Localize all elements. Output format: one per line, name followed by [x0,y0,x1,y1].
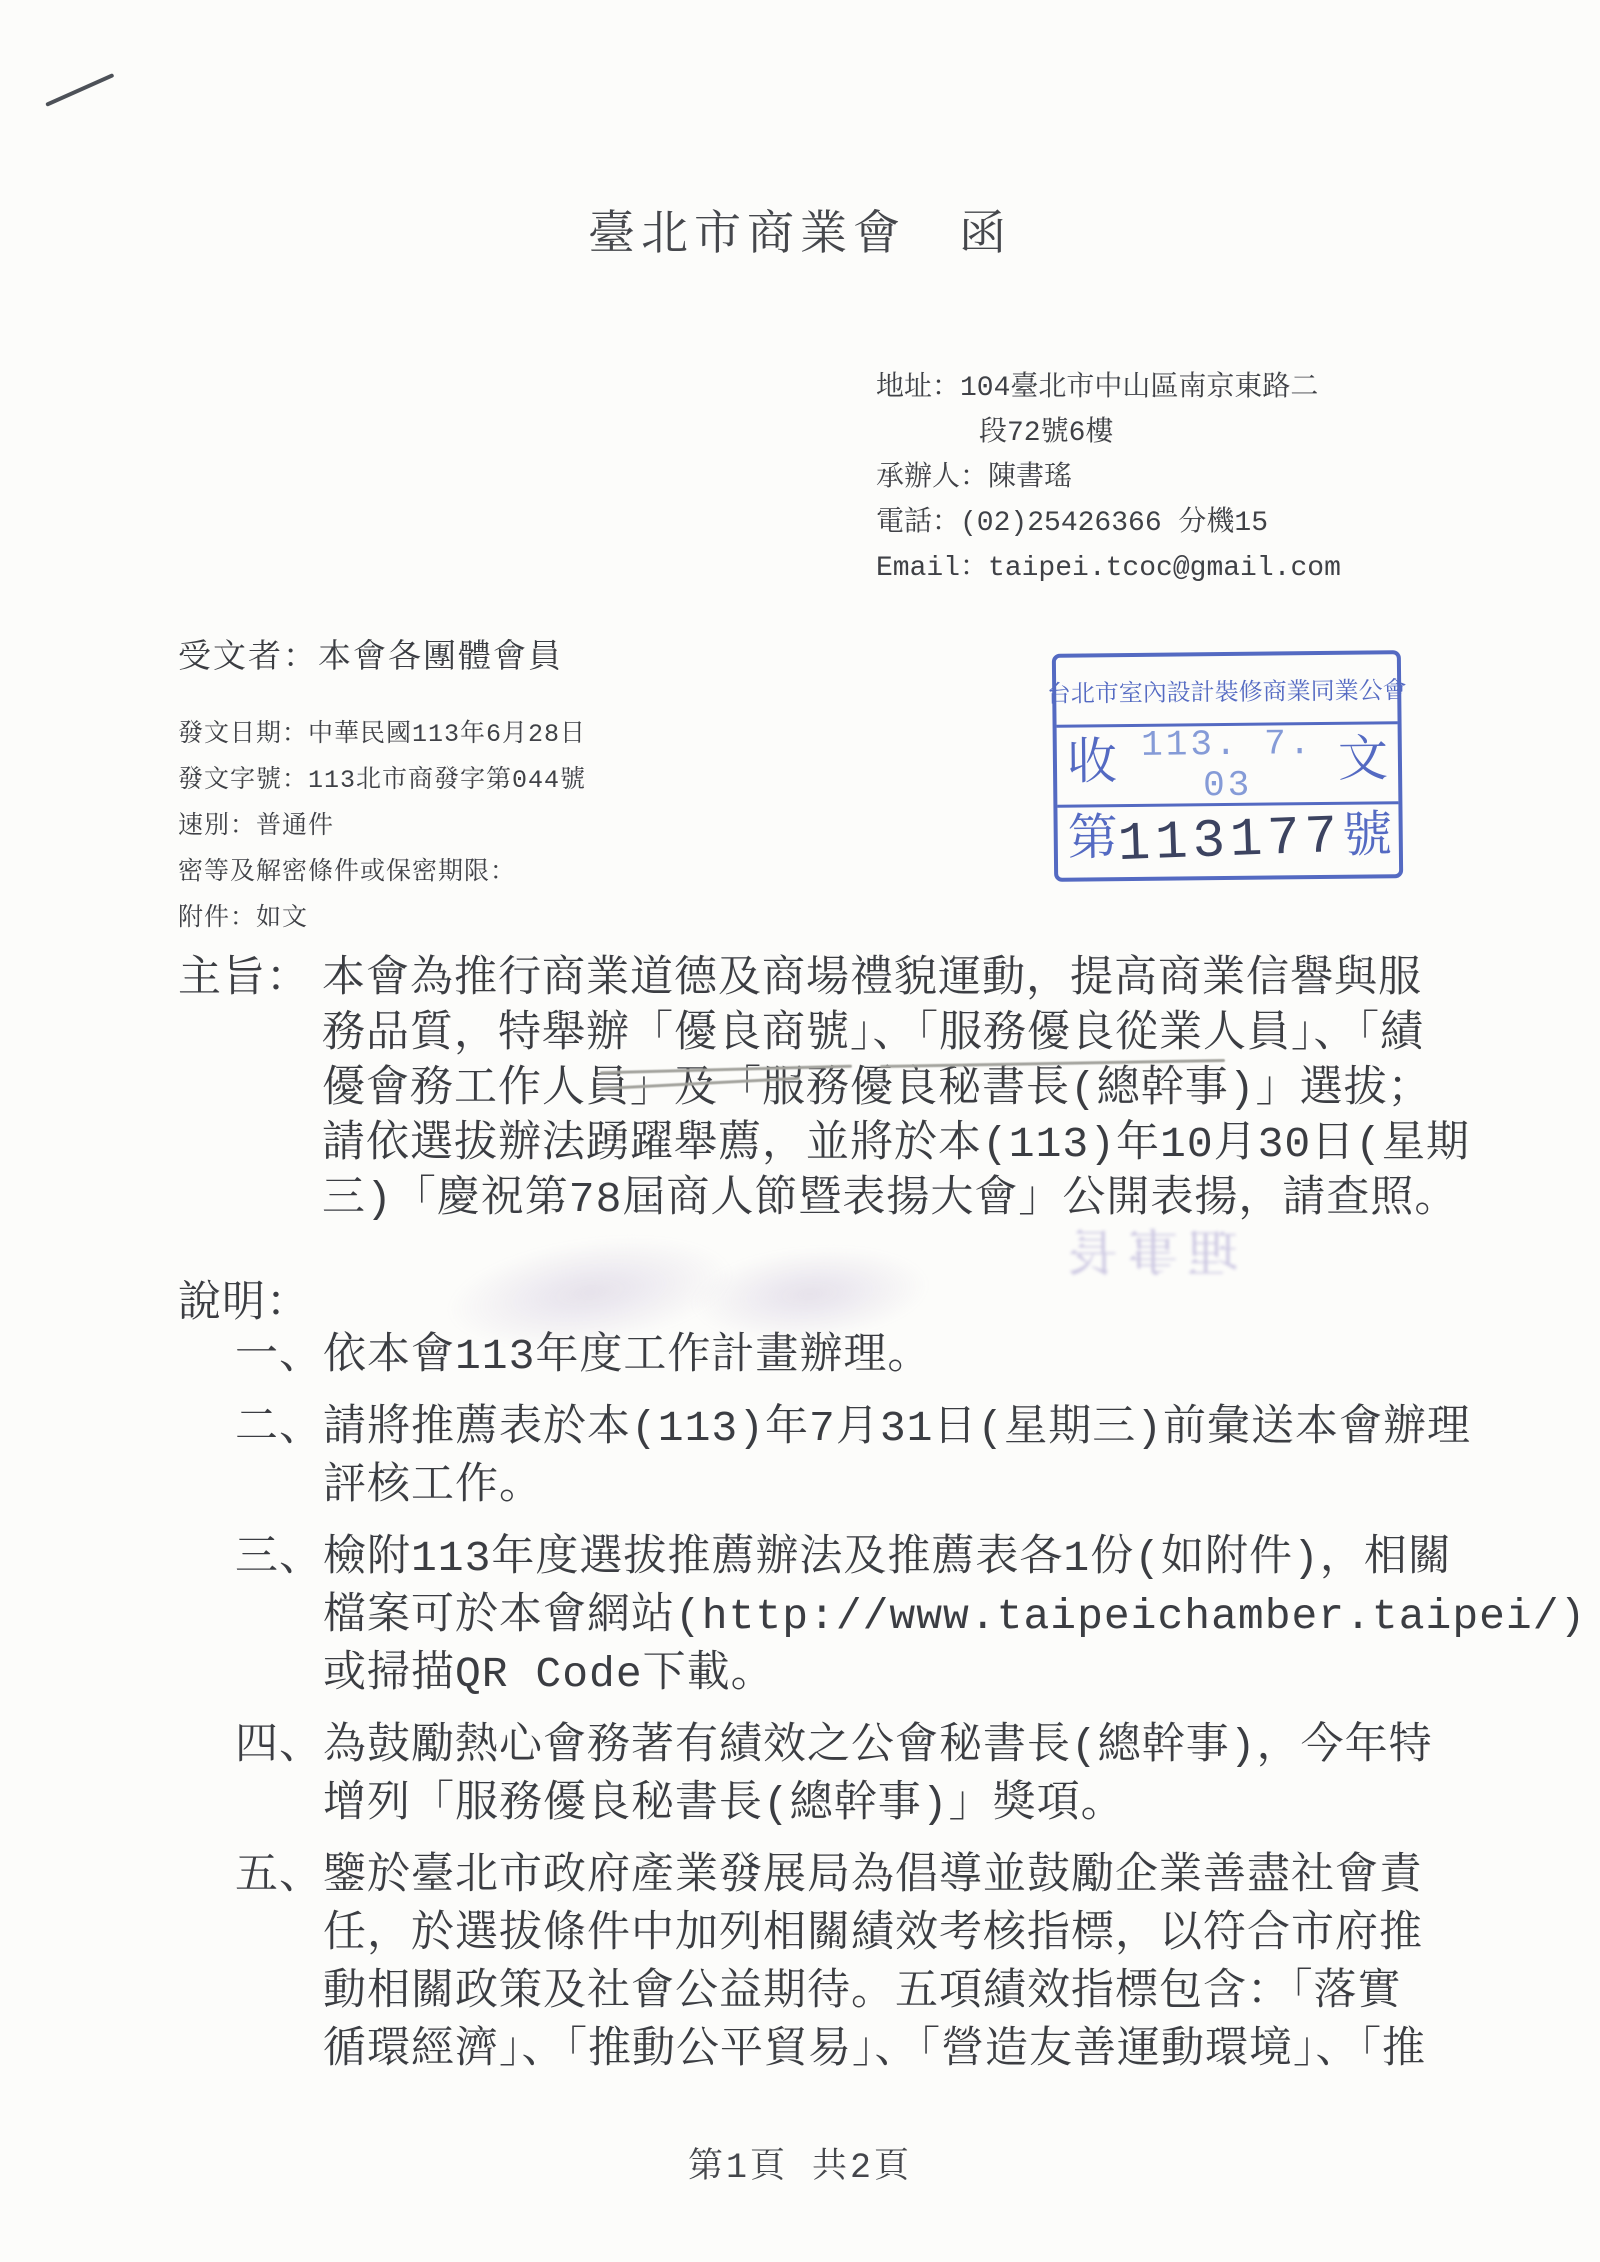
stamp-receive-row: 收 113. 7. 03 文 [1057,724,1399,808]
list-item-text: 檢附113年度選拔推薦辦法及推薦表各1份(如附件)，相關檔案可於本會網站(htt… [323,1530,1586,1704]
email-line: Email：taipei.tcoc@gmail.com [876,546,1341,591]
list-item-text: 為鼓勵熱心會務著有績效之公會秘書長(總幹事)，今年特增列「服務優良秘書長(總幹事… [323,1718,1433,1834]
list-item: 二、 請將推薦表於本(113)年7月31日(星期三)前彙送本會辦理評核工作。 [235,1400,1525,1516]
text-line: 動相關政策及社會公益期待。五項績效指標包含：「落實 [323,1964,1426,2022]
list-item-text: 鑒於臺北市政府產業發展局為倡導並鼓勵企業善盡社會責任，於選拔條件中加列相關績效考… [323,1848,1426,2080]
document-meta-block: 發文日期：中華民國113年6月28日 發文字號：113北市商發字第044號 速別… [178,712,586,942]
ink-bleed-mirrored-text: 理事長 [1058,1214,1238,1287]
stamp-number-prefix: 第 [1068,817,1119,868]
attachment-line: 附件：如文 [178,896,586,942]
list-item-number: 一、 [235,1328,323,1386]
text-line: 為鼓勵熱心會務著有績效之公會秘書長(總幹事)，今年特 [323,1718,1433,1776]
list-item-number: 二、 [235,1400,323,1458]
stamp-receive-char: 收 [1067,741,1118,792]
list-item: 五、 鑒於臺北市政府產業發展局為倡導並鼓勵企業善盡社會責任，於選拔條件中加列相關… [235,1848,1525,2080]
text-line: 務品質，特舉辦「優良商號」、「服務優良從業人員」、「績 [322,1007,1470,1062]
list-item: 三、 檢附113年度選拔推薦辦法及推薦表各1份(如附件)，相關檔案可於本會網站(… [235,1530,1525,1704]
doc-number: 發文字號：113北市商發字第044號 [178,758,586,804]
explanation-label: 說明： [178,1268,310,1329]
address-line-2: 段72號6樓 [876,411,1341,456]
subject-text: 本會為推行商業道德及商場禮貌運動，提高商業信譽與服務品質，特舉辦「優良商號」、「… [322,952,1470,1227]
list-item: 一、 依本會113年度工作計畫辦理。 [235,1328,1525,1386]
text-line: 檔案可於本會網站(http://www.taipeichamber.taipei… [323,1588,1586,1646]
recipient-line: 受文者：本會各團體會員 [178,630,563,677]
stamp-doc-char: 文 [1338,738,1389,789]
scanned-letter-page: 臺北市商業會 函 地址：104臺北市中山區南京東路二 段72號6樓 承辦人：陳書… [0,0,1600,2262]
stamp-number-row: 第 113177 號 [1057,804,1399,878]
text-line: 請依選拔辦法踴躍舉薦，並將於本(113)年10月30日(星期 [322,1117,1470,1172]
text-line: 或掃描QR Code下載。 [323,1646,1586,1704]
text-line: 檢附113年度選拔推薦辦法及推薦表各1份(如附件)，相關 [323,1530,1586,1588]
list-item-number: 四、 [235,1718,323,1776]
sender-contact-block: 地址：104臺北市中山區南京東路二 段72號6樓 承辦人：陳書瑤 電話：(02)… [876,366,1341,591]
subject-section: 主旨： 本會為推行商業道德及商場禮貌運動，提高商業信譽與服務品質，特舉辦「優良商… [178,952,1508,1227]
stamp-number-suffix: 號 [1342,814,1393,865]
page-number-footer: 第1頁 共2頁 [0,2138,1600,2188]
text-line: 本會為推行商業道德及商場禮貌運動，提高商業信譽與服 [322,952,1470,1007]
text-line: 評核工作。 [323,1458,1471,1516]
secrecy-line: 密等及解密條件或保密期限： [178,850,586,896]
issue-date: 發文日期：中華民國113年6月28日 [178,712,586,758]
explanation-list: 一、 依本會113年度工作計畫辦理。 二、 請將推薦表於本(113)年7月31日… [235,1328,1525,2094]
text-line: 請將推薦表於本(113)年7月31日(星期三)前彙送本會辦理 [323,1400,1471,1458]
text-line: 優會務工作人員」及「服務優良秘書長(總幹事)」選拔； [322,1062,1470,1117]
text-line: 增列「服務優良秘書長(總幹事)」獎項。 [323,1776,1433,1834]
list-item-number: 三、 [235,1530,323,1588]
text-line: 任，於選拔條件中加列相關績效考核指標，以符合市府推 [323,1906,1426,1964]
contact-person: 承辦人：陳書瑤 [876,456,1341,501]
document-title: 臺北市商業會 函 [0,196,1600,264]
address-line-1: 地址：104臺北市中山區南京東路二 [876,366,1341,411]
list-item-text: 請將推薦表於本(113)年7月31日(星期三)前彙送本會辦理評核工作。 [323,1400,1471,1516]
list-item-number: 五、 [235,1848,323,1906]
phone-line: 電話：(02)25426366 分機15 [876,501,1341,546]
stamp-organization: 台北市室內設計裝修商業同業公會 [1056,654,1398,728]
subject-label: 主旨： [178,952,322,1007]
text-line: 循環經濟」、「推動公平貿易」、「營造友善運動環境」、「推 [323,2022,1426,2080]
speed-class: 速別：普通件 [178,804,586,850]
pen-stroke-artifact [45,73,114,107]
text-line: 三)「慶祝第78屆商人節暨表揚大會」公開表揚，請查照。 [322,1172,1470,1227]
stamp-number: 113177 [1117,806,1344,875]
text-line: 鑒於臺北市政府產業發展局為倡導並鼓勵企業善盡社會責 [323,1848,1426,1906]
list-item: 四、 為鼓勵熱心會務著有績效之公會秘書長(總幹事)，今年特增列「服務優良秘書長(… [235,1718,1525,1834]
stamp-date: 113. 7. 03 [1117,722,1339,806]
received-stamp: 台北市室內設計裝修商業同業公會 收 113. 7. 03 文 第 113177 … [1052,650,1403,882]
